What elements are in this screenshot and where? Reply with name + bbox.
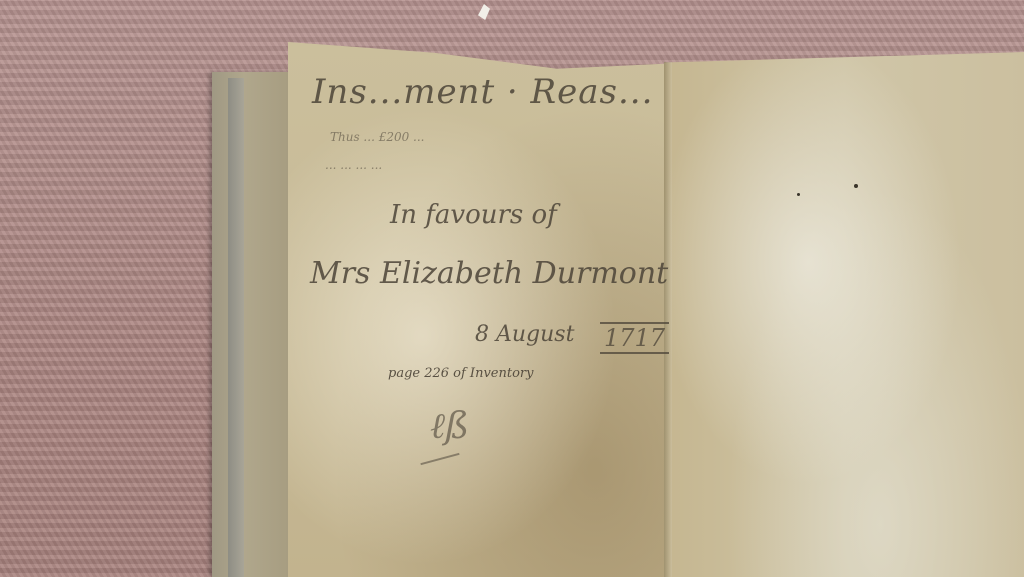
in-favour-label: In favours of — [390, 200, 557, 230]
beneficiary-name: Mrs Elizabeth Durmont — [310, 256, 668, 291]
document-year: 1717 — [600, 322, 669, 354]
ink-spot — [797, 193, 800, 196]
ink-spot — [854, 184, 858, 188]
vellum-fold-crease — [664, 62, 672, 577]
vellum-front-panel — [288, 42, 672, 577]
vellum-left-fold — [212, 72, 292, 577]
monogram: ℓß — [430, 405, 469, 447]
document-subline-1: Thus ... £200 ... — [330, 130, 425, 144]
document-subline-2: ... ... ... ... — [325, 158, 382, 172]
vellum-right-panel — [664, 52, 1024, 577]
vellum-spine-edge — [228, 78, 244, 577]
document-title: Ins...ment · Reas... — [312, 72, 653, 112]
document-date: 8 August — [475, 322, 574, 347]
inventory-reference: page 226 of Inventory — [388, 366, 533, 381]
